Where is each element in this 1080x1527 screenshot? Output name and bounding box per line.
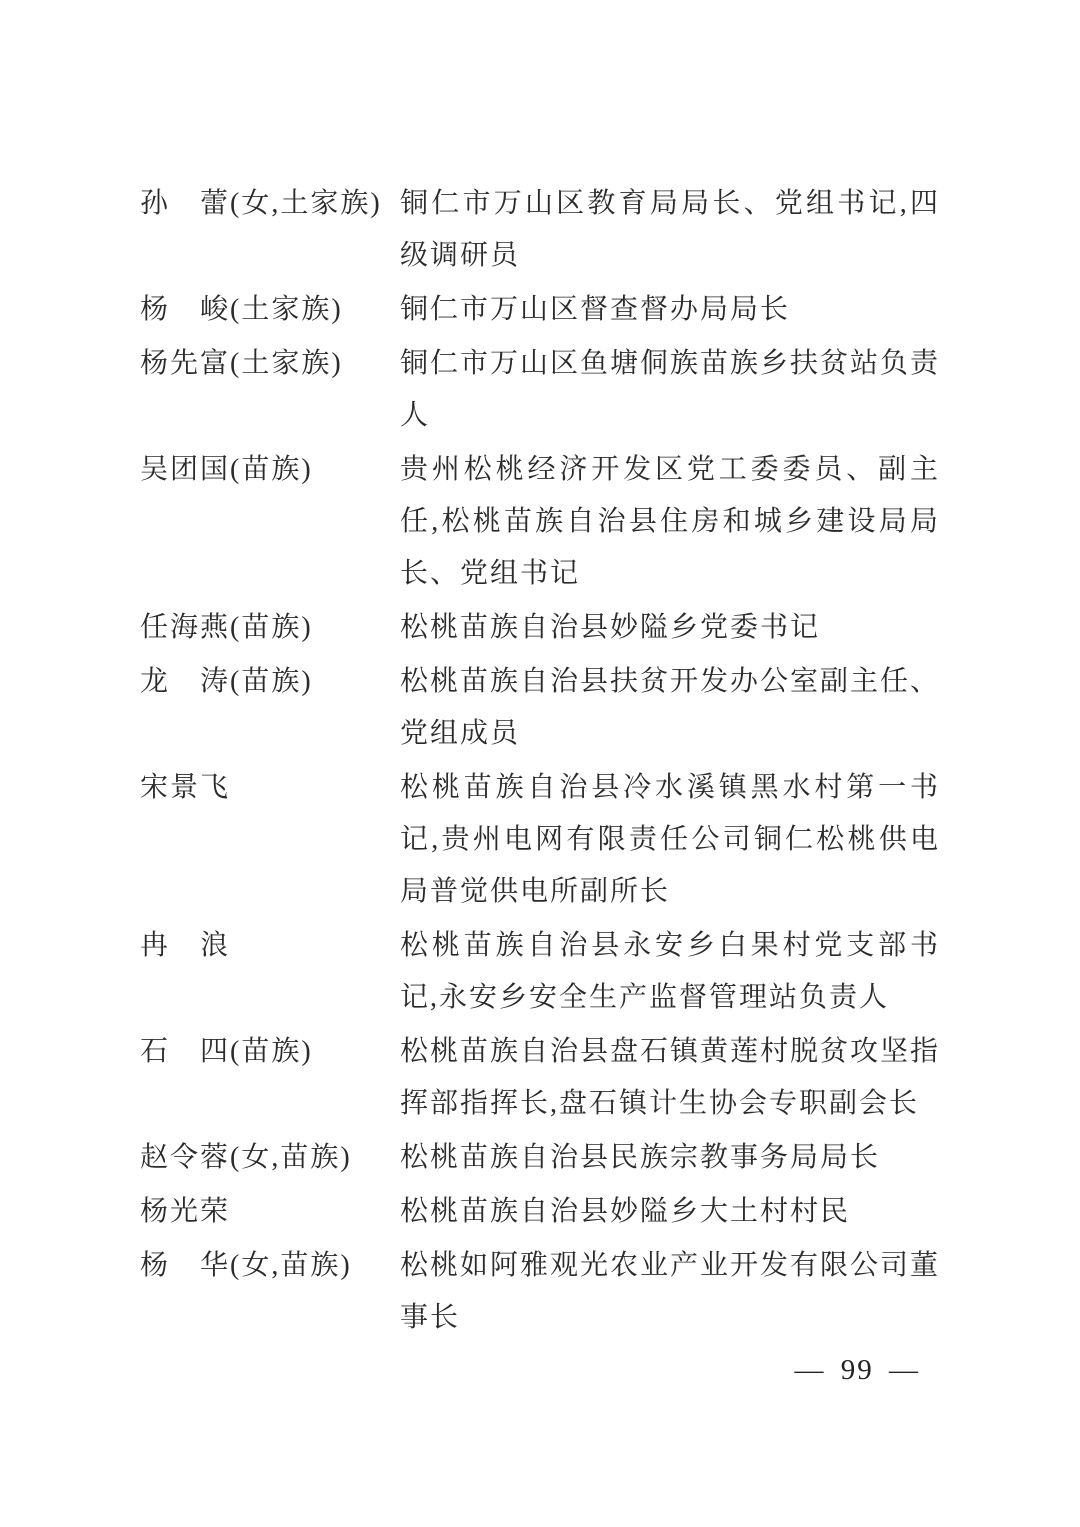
roster-entry: 龙 涛(苗族) 松桃苗族自治县扶贫开发办公室副主任、党组成员: [140, 656, 940, 760]
roster-entry: 宋景飞 松桃苗族自治县冷水溪镇黑水村第一书记,贵州电网有限责任公司铜仁松桃供电局…: [140, 762, 940, 918]
ethnicity-tag: (苗族): [230, 666, 313, 697]
person-name: 赵令蓉: [140, 1142, 230, 1173]
person-name-cell: 孙 蕾(女,土家族): [140, 178, 400, 230]
ethnicity-tag: (女,苗族): [230, 1142, 352, 1173]
roster-entry: 任海燕(苗族) 松桃苗族自治县妙隘乡党委书记: [140, 602, 940, 654]
person-name-cell: 任海燕(苗族): [140, 602, 400, 654]
person-name: 吴团国: [140, 454, 230, 485]
ethnicity-tag: (土家族): [230, 348, 343, 379]
position-title: 铜仁市万山区督查督办局局长: [400, 284, 940, 336]
position-title: 松桃苗族自治县妙隘乡大土村村民: [400, 1186, 940, 1238]
position-title: 松桃苗族自治县永安乡白果村党支部书记,永安乡安全生产监督管理站负责人: [400, 920, 940, 1024]
ethnicity-tag: (土家族): [230, 294, 343, 325]
roster-entry: 杨 峻(土家族) 铜仁市万山区督查督办局局长: [140, 284, 940, 336]
ethnicity-tag: (女,苗族): [230, 1250, 352, 1281]
person-name: 杨 华: [140, 1250, 230, 1281]
position-title: 松桃苗族自治县民族宗教事务局局长: [400, 1132, 940, 1184]
ethnicity-tag: (女,土家族): [230, 188, 382, 219]
roster-entry: 杨光荣 松桃苗族自治县妙隘乡大土村村民: [140, 1186, 940, 1238]
person-name-cell: 龙 涛(苗族): [140, 656, 400, 708]
page-number: — 99 —: [795, 1353, 921, 1387]
person-name-cell: 赵令蓉(女,苗族): [140, 1132, 400, 1184]
roster-entry: 杨 华(女,苗族) 松桃如阿雅观光农业产业开发有限公司董事长: [140, 1240, 940, 1344]
position-title: 松桃苗族自治县冷水溪镇黑水村第一书记,贵州电网有限责任公司铜仁松桃供电局普觉供电…: [400, 762, 940, 918]
person-name-cell: 吴团国(苗族): [140, 444, 400, 496]
person-name: 冉 浪: [140, 930, 230, 961]
person-name: 杨 峻: [140, 294, 230, 325]
person-name: 石 四: [140, 1036, 230, 1067]
award-roster: 孙 蕾(女,土家族) 铜仁市万山区教育局局长、党组书记,四级调研员 杨 峻(土家…: [140, 178, 940, 1346]
person-name-cell: 杨光荣: [140, 1186, 400, 1238]
position-title: 铜仁市万山区教育局局长、党组书记,四级调研员: [400, 178, 940, 282]
person-name: 孙 蕾: [140, 188, 230, 219]
ethnicity-tag: (苗族): [230, 454, 313, 485]
person-name-cell: 冉 浪: [140, 920, 400, 972]
person-name: 杨先富: [140, 348, 230, 379]
person-name-cell: 杨 华(女,苗族): [140, 1240, 400, 1292]
roster-entry: 吴团国(苗族) 贵州松桃经济开发区党工委委员、副主任,松桃苗族自治县住房和城乡建…: [140, 444, 940, 600]
position-title: 松桃苗族自治县妙隘乡党委书记: [400, 602, 940, 654]
person-name: 任海燕: [140, 612, 230, 643]
person-name-cell: 杨先富(土家族): [140, 338, 400, 390]
position-title: 贵州松桃经济开发区党工委委员、副主任,松桃苗族自治县住房和城乡建设局局长、党组书…: [400, 444, 940, 600]
person-name-cell: 石 四(苗族): [140, 1026, 400, 1078]
person-name: 龙 涛: [140, 666, 230, 697]
roster-entry: 杨先富(土家族) 铜仁市万山区鱼塘侗族苗族乡扶贫站负责人: [140, 338, 940, 442]
person-name-cell: 杨 峻(土家族): [140, 284, 400, 336]
position-title: 铜仁市万山区鱼塘侗族苗族乡扶贫站负责人: [400, 338, 940, 442]
position-title: 松桃如阿雅观光农业产业开发有限公司董事长: [400, 1240, 940, 1344]
roster-entry: 孙 蕾(女,土家族) 铜仁市万山区教育局局长、党组书记,四级调研员: [140, 178, 940, 282]
position-title: 松桃苗族自治县扶贫开发办公室副主任、党组成员: [400, 656, 940, 760]
position-title: 松桃苗族自治县盘石镇黄莲村脱贫攻坚指挥部指挥长,盘石镇计生协会专职副会长: [400, 1026, 940, 1130]
roster-entry: 石 四(苗族) 松桃苗族自治县盘石镇黄莲村脱贫攻坚指挥部指挥长,盘石镇计生协会专…: [140, 1026, 940, 1130]
roster-entry: 冉 浪 松桃苗族自治县永安乡白果村党支部书记,永安乡安全生产监督管理站负责人: [140, 920, 940, 1024]
roster-entry: 赵令蓉(女,苗族) 松桃苗族自治县民族宗教事务局局长: [140, 1132, 940, 1184]
ethnicity-tag: (苗族): [230, 612, 313, 643]
person-name: 杨光荣: [140, 1196, 230, 1227]
ethnicity-tag: (苗族): [230, 1036, 313, 1067]
person-name-cell: 宋景飞: [140, 762, 400, 814]
person-name: 宋景飞: [140, 772, 230, 803]
document-page: 孙 蕾(女,土家族) 铜仁市万山区教育局局长、党组书记,四级调研员 杨 峻(土家…: [0, 0, 1080, 1527]
